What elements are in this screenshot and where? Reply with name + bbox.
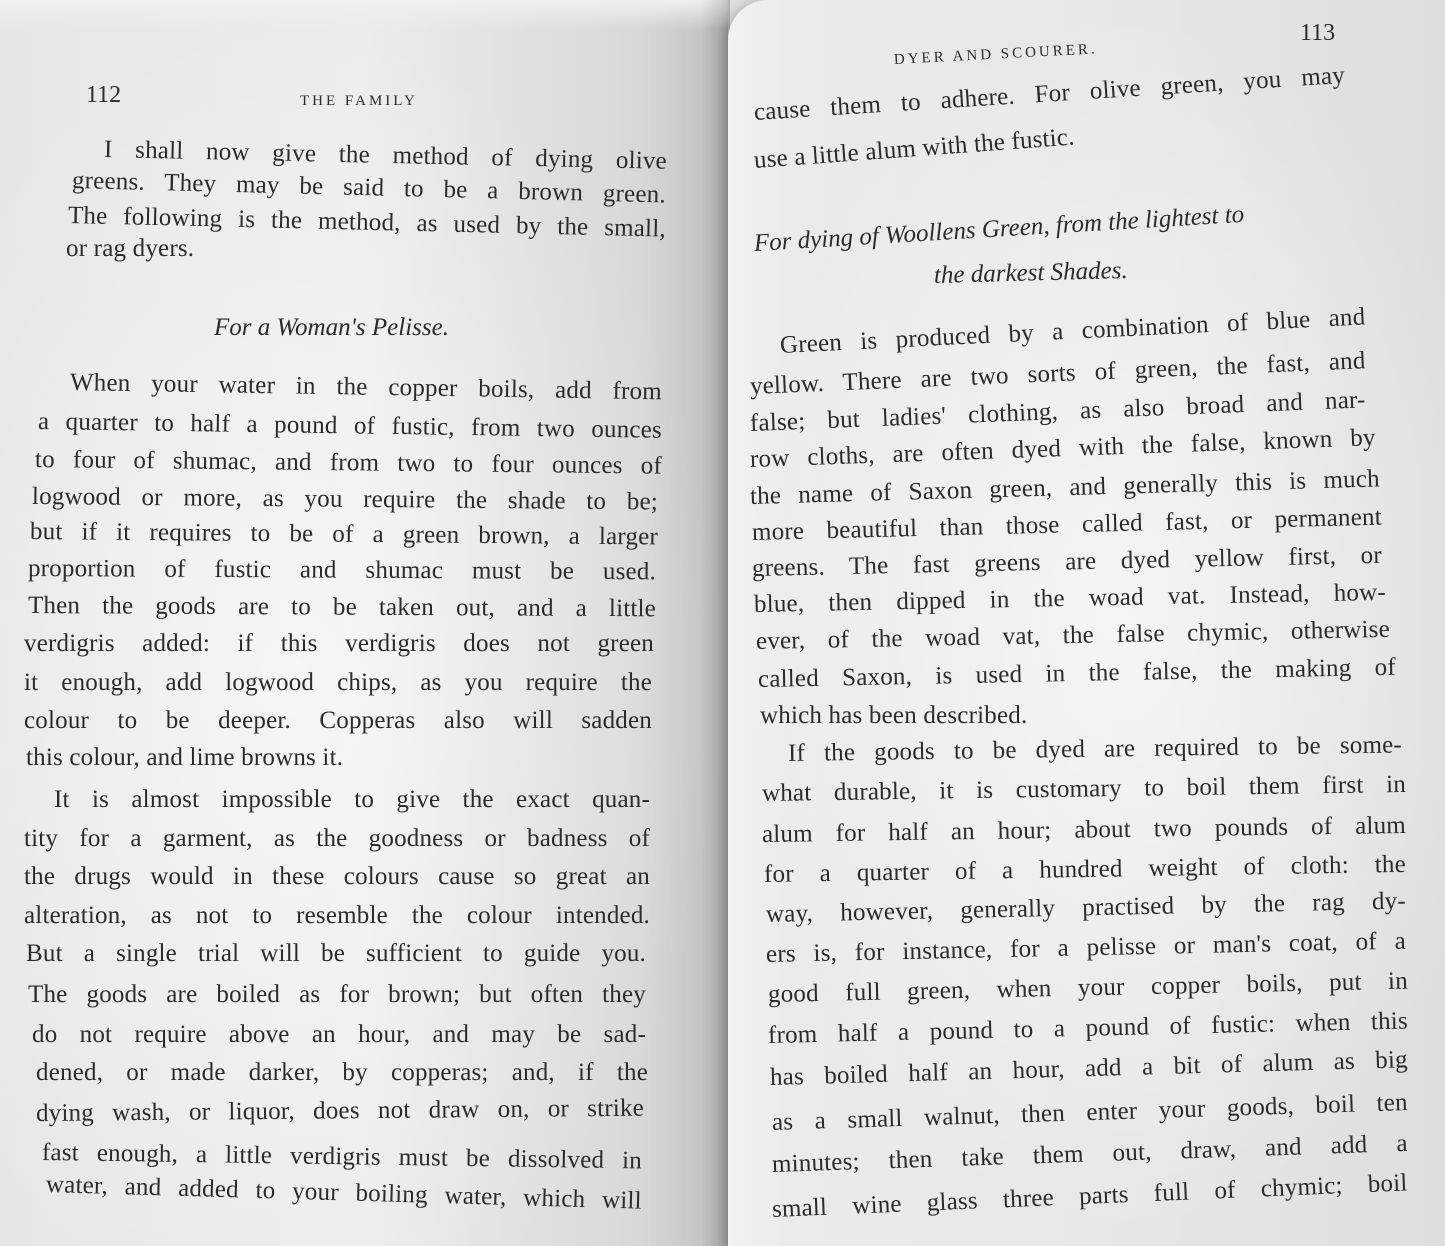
running-head: THE FAMILY xyxy=(300,93,418,110)
text-line: fast enough, a little verdigris must be … xyxy=(42,1140,642,1173)
text-line: The goods are boiled as for brown; but o… xyxy=(28,982,646,1007)
text-line: colour to be deeper. Copperas also will … xyxy=(24,708,652,733)
text-line: It is almost impossible to give the exac… xyxy=(54,787,650,812)
page-number: 113 xyxy=(1300,20,1335,47)
text-line: but if it requires to be of a green brow… xyxy=(30,519,658,549)
open-book-spread: 112 THE FAMILY I shall now give the meth… xyxy=(0,0,1445,1246)
text-line: When your water in the copper boils, add… xyxy=(70,370,662,404)
text-line: use a little alum with the fustic. xyxy=(753,125,1075,173)
text-line: the drugs would in these colours cause s… xyxy=(24,864,650,889)
text-line: as a small walnut, then enter your goods… xyxy=(772,1090,1408,1135)
text-line: has boiled half an hour, add a bit of al… xyxy=(770,1047,1408,1090)
text-line: the name of Saxon green, and generally t… xyxy=(750,466,1380,509)
text-line: it enough, add logwood chips, as you req… xyxy=(24,670,652,695)
page-number: 112 xyxy=(86,82,121,109)
text-line: logwood or more, as you require the shad… xyxy=(32,484,658,514)
text-line: ers is, for instance, for a pelisse or m… xyxy=(766,929,1406,967)
text-line: dying wash, or liquor, does not draw on,… xyxy=(36,1096,644,1126)
text-line: But a single trial will be sufficient to… xyxy=(26,941,646,966)
text-line: do not require above an hour, and may be… xyxy=(32,1022,646,1047)
text-line: blue, then dipped in the woad vat. Inste… xyxy=(754,580,1386,617)
text-line: this colour, and lime browns it. xyxy=(26,745,343,770)
text-line: a quarter to half a pound of fustic, fro… xyxy=(38,409,662,443)
text-line: If the goods to be dyed are required to … xyxy=(788,732,1402,766)
text-line: ever, of the woad vat, the false chymic,… xyxy=(756,617,1390,654)
text-line: tity for a garment, as the goodness or b… xyxy=(24,826,650,851)
text-line: small wine glass three parts full of chy… xyxy=(771,1170,1407,1222)
text-line: way, however, generally practised by the… xyxy=(766,889,1406,927)
text-line: for a quarter of a hundred weight of clo… xyxy=(764,852,1406,887)
left-page: 112 THE FAMILY I shall now give the meth… xyxy=(0,0,728,1246)
text-line: good full green, when your copper boils,… xyxy=(768,969,1408,1007)
text-line: I shall now give the method of dying oli… xyxy=(104,137,667,174)
text-line: cause them to adhere. For olive green, y… xyxy=(753,63,1345,125)
text-line: or rag dyers. xyxy=(66,236,194,261)
running-head: DYER AND SCOURER. xyxy=(894,41,1099,69)
text-line: Then the goods are to be taken out, and … xyxy=(28,593,656,621)
section-heading-continued: the darkest Shades. xyxy=(934,257,1128,290)
text-line: from half a pound to a pound of fustic: … xyxy=(768,1008,1408,1048)
text-line: dened, or made darker, by copperas; and,… xyxy=(36,1060,648,1085)
text-line: minutes; then take them out, draw, and a… xyxy=(772,1131,1408,1177)
text-line: greens. They may be said to be a brown g… xyxy=(72,168,666,208)
text-line: to four of shumac, and from two to four … xyxy=(35,447,662,479)
section-heading: For a Woman's Pelisse. xyxy=(214,314,449,342)
text-line: verdigris added: if this verdigris does … xyxy=(24,631,654,656)
text-line: called Saxon, is used in the false, the … xyxy=(758,655,1396,692)
text-line: alum for half an hour; about two pounds … xyxy=(762,813,1406,847)
text-line: what durable, it is customary to boil th… xyxy=(762,772,1406,806)
text-line: more beautiful than those called fast, o… xyxy=(752,505,1382,545)
section-heading: For dying of Woollens Green, from the li… xyxy=(753,201,1245,258)
text-line: proportion of fustic and shumac must be … xyxy=(28,556,656,584)
text-line: alteration, as not to resemble the colou… xyxy=(24,903,650,928)
text-line: water, and added to your boiling water, … xyxy=(46,1172,642,1214)
text-line: which has been described. xyxy=(760,703,1027,728)
right-page: 113 DYER AND SCOURER. cause them to adhe… xyxy=(728,0,1445,1246)
text-line: greens. The fast greens are dyed yellow … xyxy=(752,543,1382,581)
